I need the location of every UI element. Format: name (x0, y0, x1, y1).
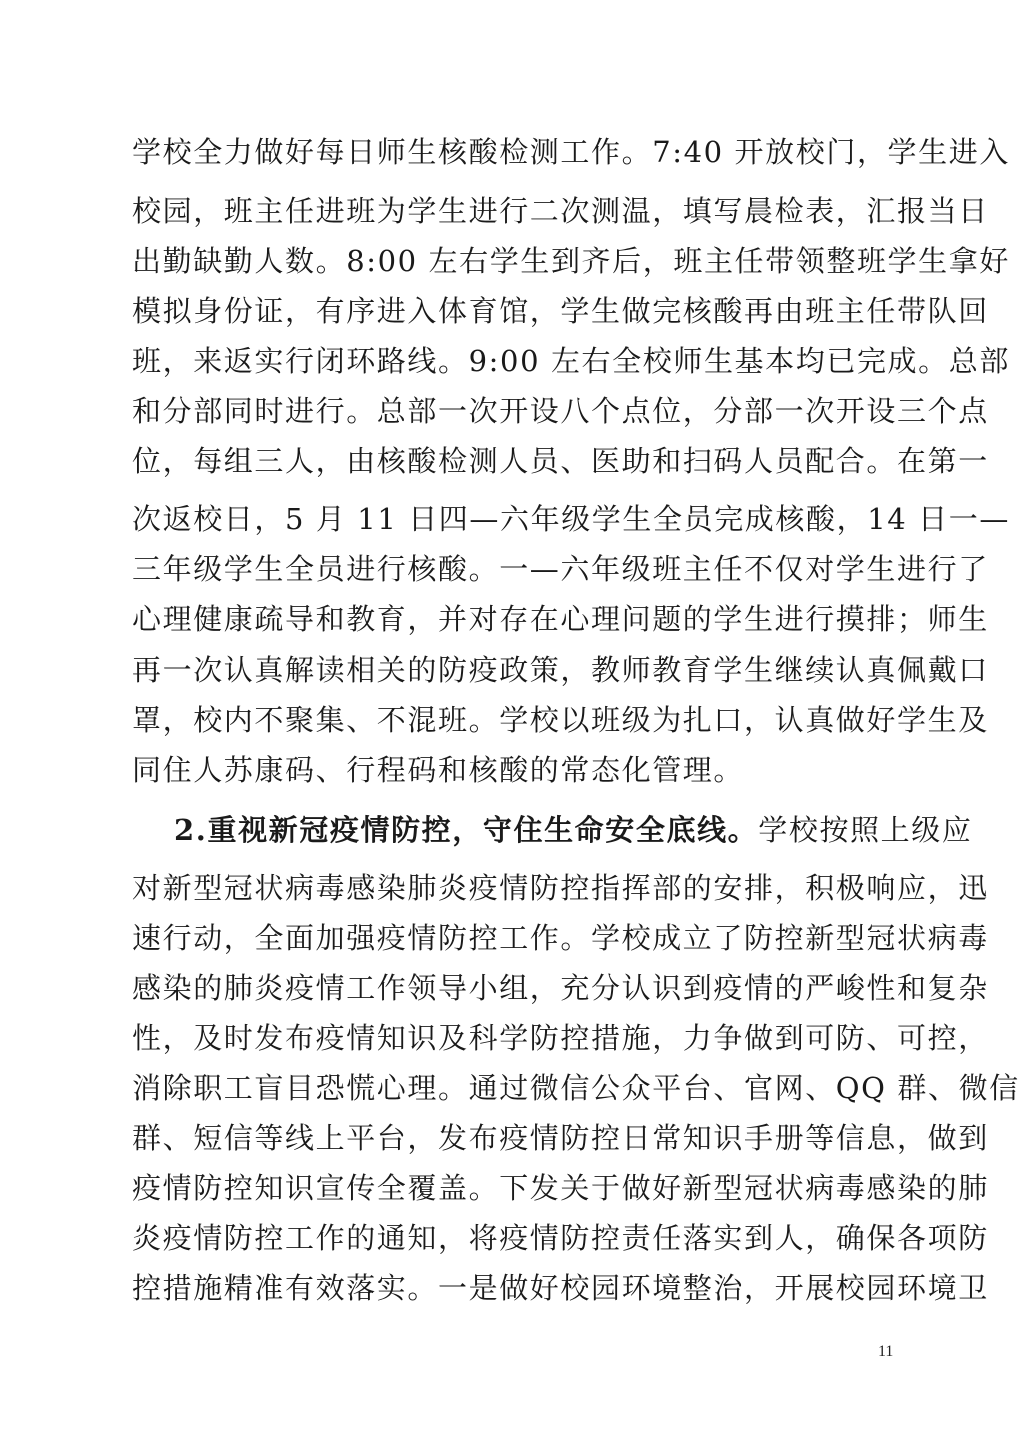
text-line: 再一次认真解读相关的防疫政策，教师教育学生继续认真佩戴口 (132, 650, 902, 690)
text-line: 罩，校内不聚集、不混班。学校以班级为扎口，认真做好学生及 (132, 700, 902, 740)
text-line: 模拟身份证，有序进入体育馆，学生做完核酸再由班主任带队回 (132, 291, 902, 331)
section-heading: 2.重视新冠疫情防控，守住生命安全底线。 (174, 813, 758, 847)
page-number: 11 (878, 1343, 893, 1361)
text-line: 疫情防控知识宣传全覆盖。下发关于做好新型冠状病毒感染的肺 (132, 1168, 902, 1208)
text-line: 三年级学生全员进行核酸。一—六年级班主任不仅对学生进行了 (132, 549, 902, 589)
text-line: 班，来返实行闭环路线。9:00 左右全校师生基本均已完成。总部 (132, 341, 902, 381)
text-line: 控措施精准有效落实。一是做好校园环境整治，开展校园环境卫 (132, 1268, 902, 1308)
section-heading-line: 2.重视新冠疫情防控，守住生命安全底线。学校按照上级应 (174, 810, 902, 850)
text-line: 消除职工盲目恐慌心理。通过微信公众平台、官网、QQ 群、微信 (132, 1068, 902, 1108)
text-line: 同住人苏康码、行程码和核酸的常态化管理。 (132, 750, 902, 790)
text-line: 次返校日，5 月 11 日四—六年级学生全员完成核酸，14 日一— (132, 499, 902, 539)
text-line: 速行动，全面加强疫情防控工作。学校成立了防控新型冠状病毒 (132, 918, 902, 958)
text-line: 出勤缺勤人数。8:00 左右学生到齐后，班主任带领整班学生拿好 (132, 241, 902, 281)
text-line: 学校全力做好每日师生核酸检测工作。7:40 开放校门，学生进入 (132, 132, 902, 172)
text-line: 炎疫情防控工作的通知，将疫情防控责任落实到人，确保各项防 (132, 1218, 902, 1258)
text-line: 心理健康疏导和教育，并对存在心理问题的学生进行摸排；师生 (132, 599, 902, 639)
text-line: 对新型冠状病毒感染肺炎疫情防控指挥部的安排，积极响应，迅 (132, 868, 902, 908)
text-line: 性，及时发布疫情知识及科学防控措施，力争做到可防、可控， (132, 1018, 902, 1058)
text-line: 群、短信等线上平台，发布疫情防控日常知识手册等信息，做到 (132, 1118, 902, 1158)
text-line: 感染的肺炎疫情工作领导小组，充分认识到疫情的严峻性和复杂 (132, 968, 902, 1008)
text-line: 和分部同时进行。总部一次开设八个点位，分部一次开设三个点 (132, 391, 902, 431)
document-page: 学校全力做好每日师生核酸检测工作。7:40 开放校门，学生进入 校园，班主任进班… (0, 0, 1024, 1448)
text-span: 学校按照上级应 (758, 813, 972, 847)
text-line: 位，每组三人，由核酸检测人员、医助和扫码人员配合。在第一 (132, 441, 902, 481)
text-line: 校园，班主任进班为学生进行二次测温，填写晨检表，汇报当日 (132, 191, 902, 231)
